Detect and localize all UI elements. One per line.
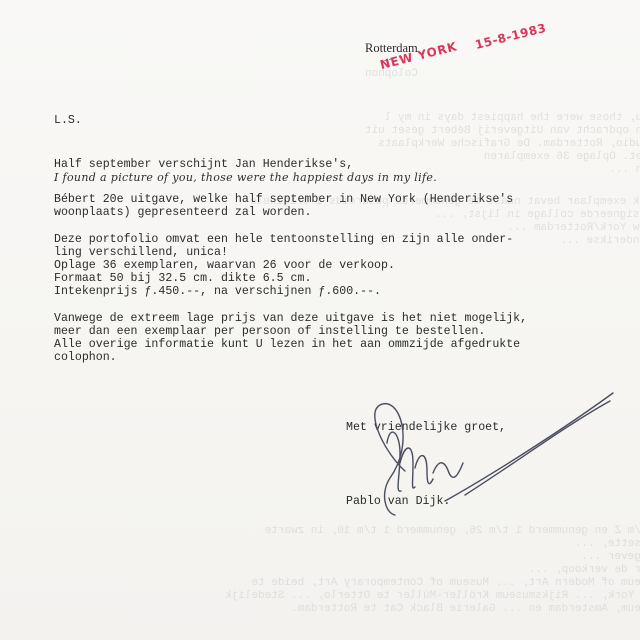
paragraph-2-line-1: Bébert 20e uitgave, welke half september…	[54, 193, 513, 206]
paragraph-3-line-2: ling verschillend, unica!	[54, 246, 228, 259]
show-through-block-1: I found a picture of you, those were the…	[365, 112, 640, 177]
show-through-block-4: A t/m Z en genummerd 1 t/m 26, genummerd…	[225, 525, 640, 616]
paragraph-4-line-3: Alle overige informatie kunt U lezen in …	[54, 338, 520, 351]
paragraph-3-line-4: Formaat 50 bij 32.5 cm. dikte 6.5 cm.	[54, 272, 311, 285]
paragraph-1-line-1: Half september verschijnt Jan Henderikse…	[54, 158, 353, 171]
paragraph-3-line-5: Intekenprijs ƒ.450.--, na verschijnen ƒ.…	[54, 285, 381, 298]
date-stamp: 15-8-1983	[474, 21, 548, 52]
salutation: L.S.	[54, 114, 82, 127]
show-through-heading: Colophon	[365, 68, 418, 81]
work-title: I found a picture of you, those were the…	[54, 171, 437, 184]
letter-page: Colophon I found a picture of you, those…	[0, 0, 640, 640]
paragraph-4-line-1: Vanwege de extreem lage prijs van deze u…	[54, 312, 527, 325]
paragraph-2-line-2: woonplaats) gepresenteerd zal worden.	[54, 206, 311, 219]
paragraph-3-line-3: Oplage 36 exemplaren, waarvan 26 voor de…	[54, 259, 395, 272]
signer-name: Pablo van Dijk.	[346, 495, 450, 508]
paragraph-4-line-2: meer dan een exemplaar per persoon of in…	[54, 325, 485, 338]
paragraph-4-line-4: colophon.	[54, 351, 117, 364]
paragraph-3-line-1: Deze portofolio omvat een hele tentoonst…	[54, 233, 513, 246]
